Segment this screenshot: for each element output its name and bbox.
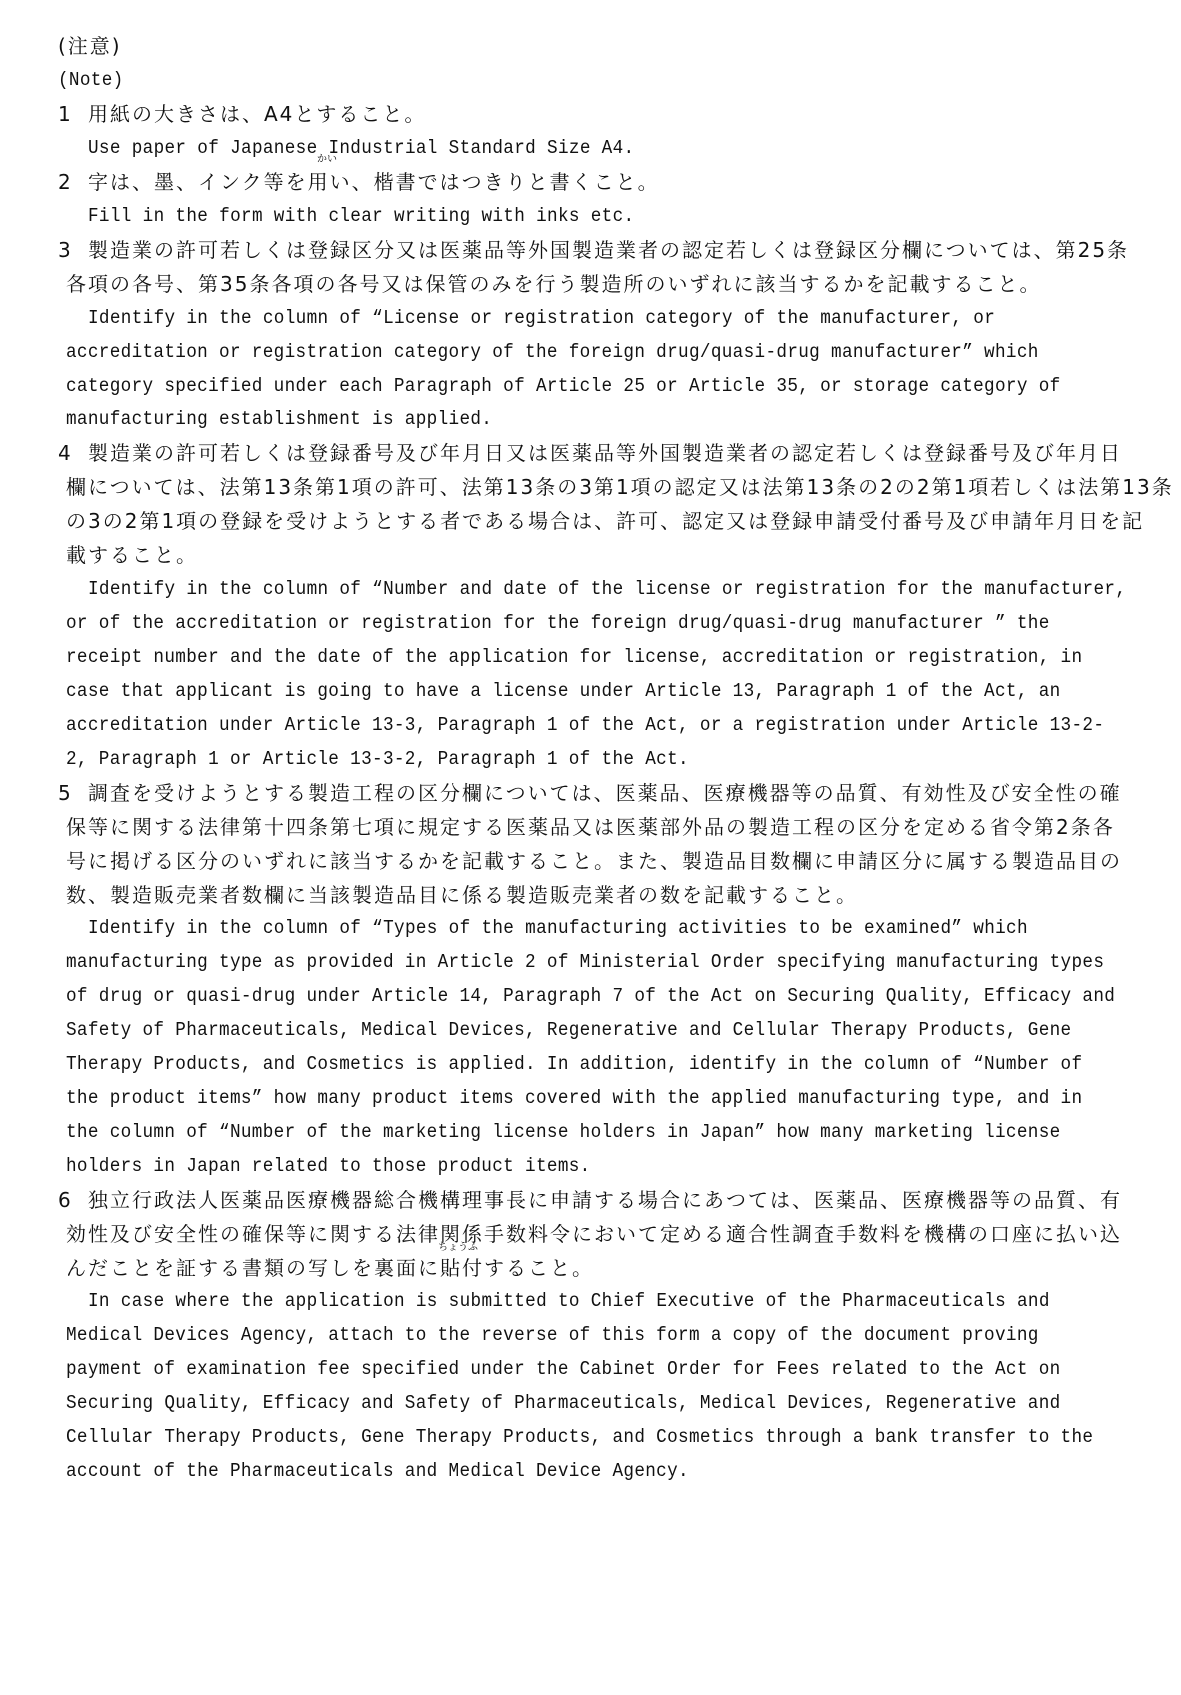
note-en-line: Therapy Products, and Cosmetics is appli… xyxy=(66,1052,1082,1076)
note-en-line: the column of “Number of the marketing l… xyxy=(66,1120,1061,1144)
note-en-line: Medical Devices Agency, attach to the re… xyxy=(66,1323,1039,1347)
note-en-line: receipt number and the date of the appli… xyxy=(66,645,1082,669)
note-jp-line: 製造業の許可若しくは登録番号及び年月日又は医薬品等外国製造業者の認定若しくは登録… xyxy=(88,441,1122,465)
note-jp-line: 効性及び安全性の確保等に関する法律関係手数料令において定める適合性調査手数料を機… xyxy=(66,1222,1122,1246)
note-en-line: or of the accreditation or registration … xyxy=(66,611,1050,635)
note-en-line: Securing Quality, Efficacy and Safety of… xyxy=(66,1391,1061,1415)
note-en-line: the product items” how many product item… xyxy=(66,1086,1082,1110)
note-en-line: Use paper of Japanese Industrial Standar… xyxy=(88,136,634,160)
note-number: 3 xyxy=(58,238,73,262)
note-en-line: accreditation or registration category o… xyxy=(66,340,1039,364)
note-en-line: Identify in the column of “Types of the … xyxy=(88,916,1028,940)
note-jp-line: 号に掲げる区分のいずれに該当するかを記載すること。また、製造品目数欄に申請区分に… xyxy=(66,849,1122,873)
note-en-line: holders in Japan related to those produc… xyxy=(66,1154,591,1178)
note-jp-line: の3の2第1項の登録を受けようとする者である場合は、許可、認定又は登録申請受付番… xyxy=(66,509,1144,533)
note-jp-line: 独立行政法人医薬品医療機器総合機構理事長に申請する場合にあつては、医薬品、医療機… xyxy=(88,1188,1122,1212)
note-jp-line: 欄については、法第13条第1項の許可、法第13条の3第1項の認定又は法第13条の… xyxy=(66,475,1174,499)
note-en-line: Identify in the column of “License or re… xyxy=(88,306,995,330)
note-jp-line: 製造業の許可若しくは登録区分又は医薬品等外国製造業者の認定若しくは登録区分欄につ… xyxy=(88,238,1129,262)
note-jp-line: 載すること。 xyxy=(66,543,198,567)
note-jp-line: 字は、墨、インク等を用い、楷書ではつきりと書くこと。 xyxy=(88,170,660,194)
notes-title-jp: (注意) xyxy=(58,34,122,58)
note-en-line: Cellular Therapy Products, Gene Therapy … xyxy=(66,1425,1093,1449)
note-number: 1 xyxy=(58,102,73,126)
note-en-line: accreditation under Article 13-3, Paragr… xyxy=(66,713,1104,737)
note-jp-line: んだことを証する書類の写しを裏面に貼付すること。 xyxy=(66,1256,594,1280)
note-en-line: of drug or quasi-drug under Article 14, … xyxy=(66,984,1115,1008)
note-en-line: account of the Pharmaceuticals and Medic… xyxy=(66,1459,689,1483)
note-en-line: Fill in the form with clear writing with… xyxy=(88,204,634,228)
note-jp-line: 用紙の大きさは、A4とすること。 xyxy=(88,102,426,126)
note-en-line: Identify in the column of “Number and da… xyxy=(88,577,1126,601)
note-en-line: manufacturing establishment is applied. xyxy=(66,407,492,431)
note-number: 5 xyxy=(58,781,73,805)
note-en-line: Safety of Pharmaceuticals, Medical Devic… xyxy=(66,1018,1071,1042)
notes-document: (注意) (Note) 1 用紙の大きさは、A4とすること。 Use paper… xyxy=(0,0,1181,1695)
note-jp-line: 調査を受けようとする製造工程の区分欄については、医薬品、医療機器等の品質、有効性… xyxy=(88,781,1122,805)
note-number: 4 xyxy=(58,441,73,465)
note-jp-line: 各項の各号、第35条各項の各号又は保管のみを行う製造所のいずれに該当するかを記載… xyxy=(66,272,1041,296)
note-number: 2 xyxy=(58,170,73,194)
note-en-line: category specified under each Paragraph … xyxy=(66,374,1061,398)
note-en-line: In case where the application is submitt… xyxy=(88,1289,1050,1313)
note-en-line: payment of examination fee specified und… xyxy=(66,1357,1061,1381)
note-jp-line: 保等に関する法律第十四条第七項に規定する医薬品又は医薬部外品の製造工程の区分を定… xyxy=(66,815,1115,839)
note-en-line: case that applicant is going to have a l… xyxy=(66,679,1061,703)
ruby-annotation: かい xyxy=(317,155,337,165)
note-jp-line: 数、製造販売業者数欄に当該製造品目に係る製造販売業者の数を記載すること。 xyxy=(66,883,858,907)
note-en-line: manufacturing type as provided in Articl… xyxy=(66,950,1104,974)
note-en-line: 2, Paragraph 1 or Article 13-3-2, Paragr… xyxy=(66,747,689,771)
note-number: 6 xyxy=(58,1188,73,1212)
notes-title-en: (Note) xyxy=(58,68,124,92)
ruby-annotation: ちょうふ xyxy=(438,1243,478,1253)
